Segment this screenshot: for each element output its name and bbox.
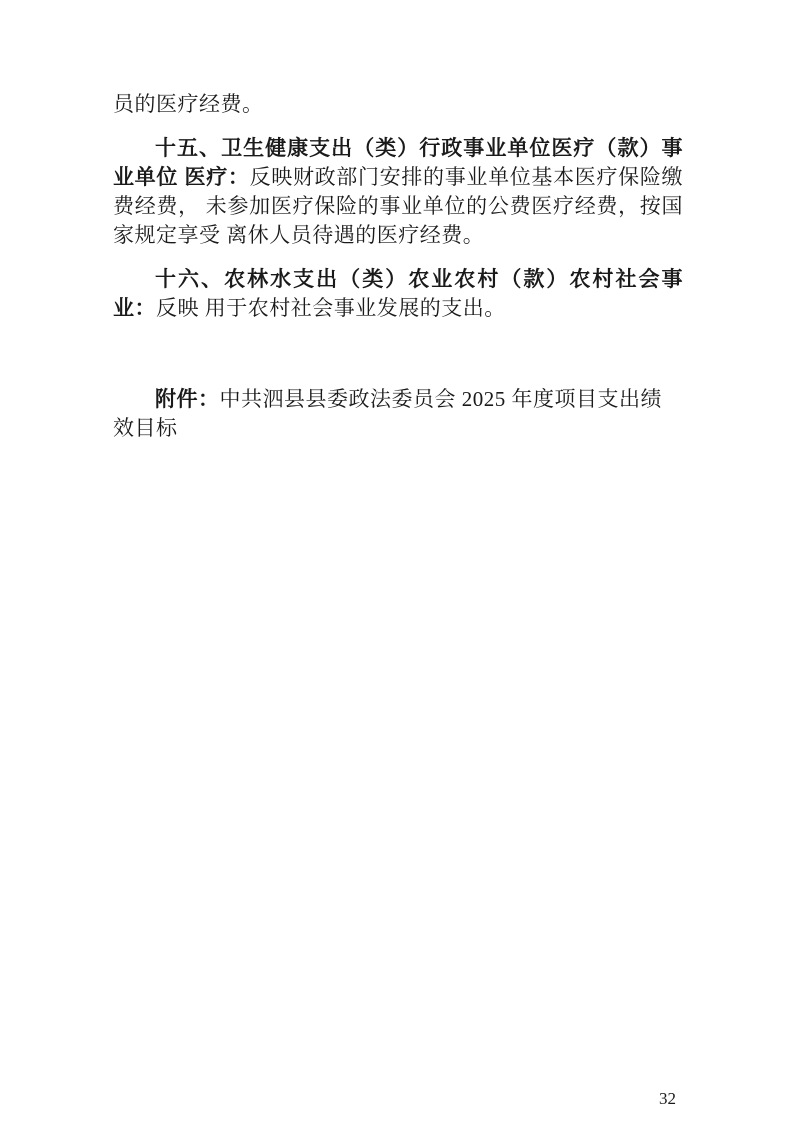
page-number: 32 xyxy=(659,1089,676,1109)
attachment-line: 附件：中共泗县县委政法委员会 2025 年度项目支出绩效目标 xyxy=(113,385,683,443)
document-page: 员的医疗经费。 十五、卫生健康支出（类）行政事业单位医疗（款）事业单位 医疗：反… xyxy=(0,0,794,1122)
document-content: 员的医疗经费。 十五、卫生健康支出（类）行政事业单位医疗（款）事业单位 医疗：反… xyxy=(113,90,683,443)
paragraph-item-16: 十六、农林水支出（类）农业农村（款）农村社会事业：反映 用于农村社会事业发展的支… xyxy=(113,265,683,323)
paragraph-item-16-body: 反映 用于农村社会事业发展的支出。 xyxy=(156,296,506,320)
paragraph-item-15: 十五、卫生健康支出（类）行政事业单位医疗（款）事业单位 医疗：反映财政部门安排的… xyxy=(113,134,683,250)
paragraph-continuation: 员的医疗经费。 xyxy=(113,90,683,119)
attachment-label: 附件： xyxy=(155,388,220,411)
